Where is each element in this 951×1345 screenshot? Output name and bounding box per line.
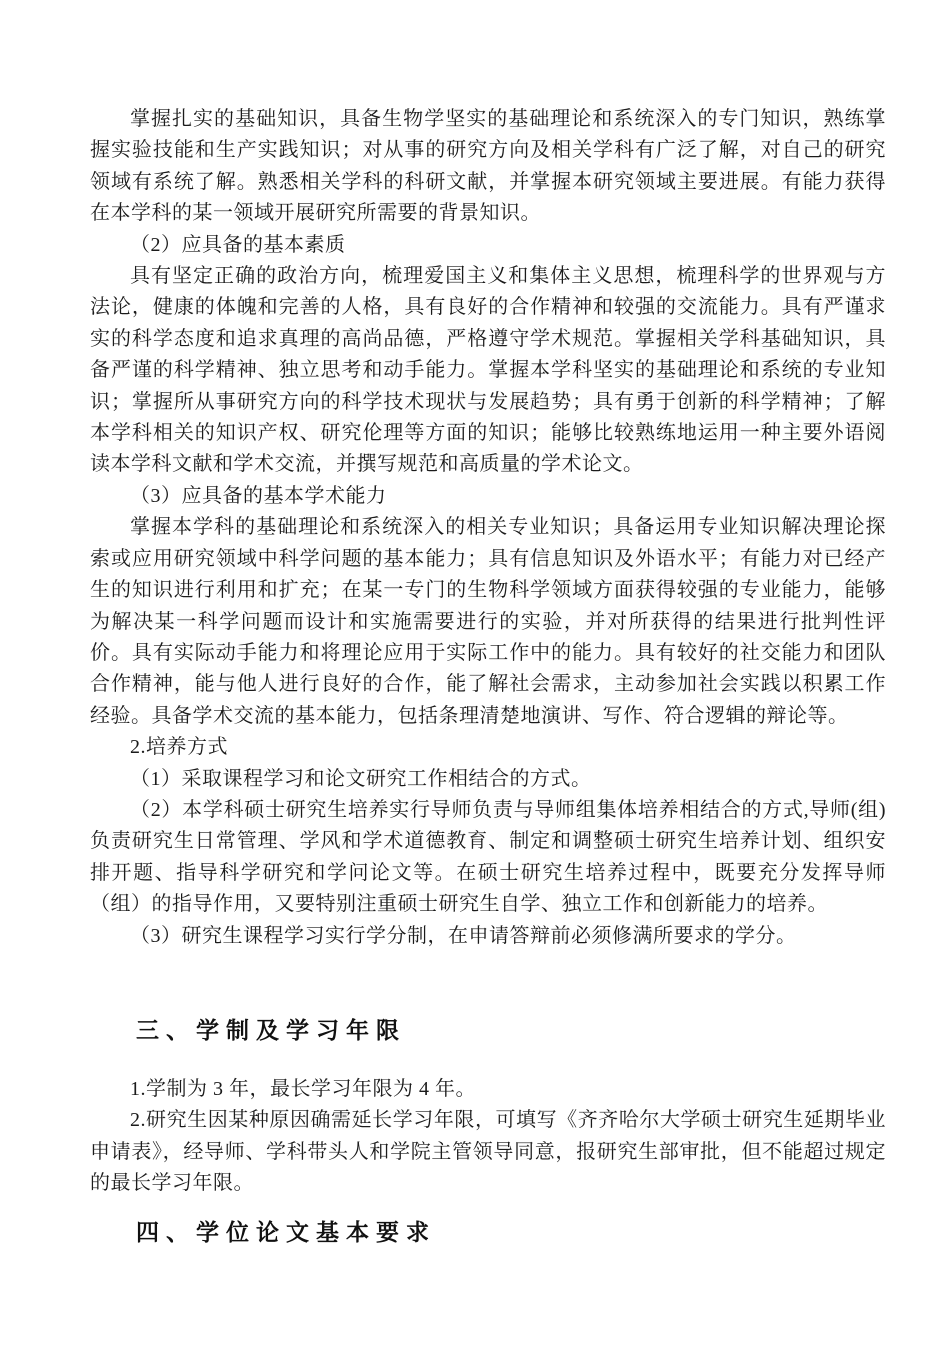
para-training-mode-item3: （3）研究生课程学习实行学分制，在申请答辩前必须修满所要求的学分。 [90, 921, 886, 952]
heading-section-4-thesis-requirements: 四、学位论文基本要求 [90, 1216, 886, 1249]
heading-section-3-schooling-duration: 三、学制及学习年限 [90, 1014, 886, 1047]
document-page: 掌握扎实的基础知识，具备生物学坚实的基础理论和系统深入的专门知识，熟练掌握实验技… [0, 0, 951, 1345]
para-academic-ability-detail: 掌握本学科的基础理论和系统深入的相关专业知识；具备运用专业知识解决理论探索或应用… [90, 512, 886, 732]
para-knowledge-requirements: 掌握扎实的基础知识，具备生物学坚实的基础理论和系统深入的专门知识，熟练掌握实验技… [90, 104, 886, 230]
para-duration-item2: 2.研究生因某种原因确需延长学习年限，可填写《齐齐哈尔大学硕士研究生延期毕业申请… [90, 1105, 886, 1199]
para-duration-item1: 1.学制为 3 年，最长学习年限为 4 年。 [90, 1074, 886, 1105]
para-basic-quality-detail: 具有坚定正确的政治方向，梳理爱国主义和集体主义思想，梳理科学的世界观与方法论，健… [90, 261, 886, 481]
para-training-mode-item2: （2）本学科硕士研究生培养实行导师负责与导师组集体培养相结合的方式,导师(组)负… [90, 795, 886, 921]
subsection-title-academic-ability: （3）应具备的基本学术能力 [90, 481, 886, 512]
para-training-mode-item1: （1）采取课程学习和论文研究工作相结合的方式。 [90, 764, 886, 795]
subsection-title-basic-quality: （2）应具备的基本素质 [90, 230, 886, 261]
subsection-title-training-mode: 2.培养方式 [90, 732, 886, 763]
